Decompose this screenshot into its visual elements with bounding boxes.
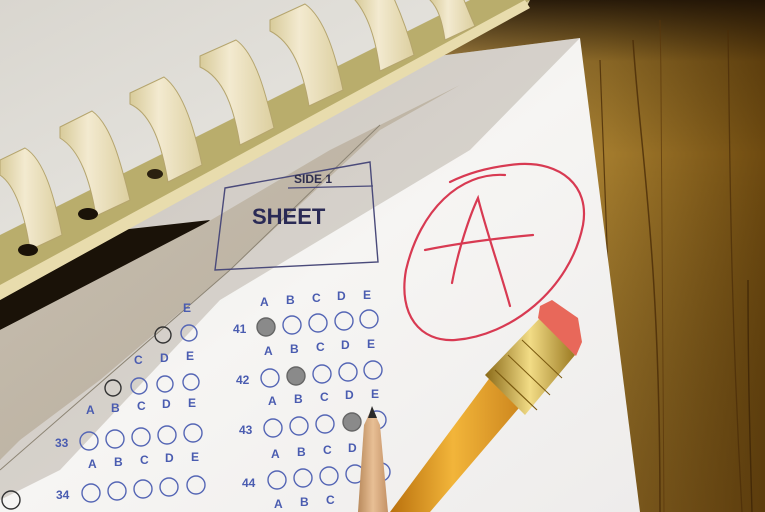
svg-text:B: B	[111, 401, 120, 415]
svg-text:D: D	[345, 388, 354, 402]
question-number: 43	[239, 423, 253, 437]
svg-text:C: C	[137, 399, 146, 413]
svg-text:B: B	[300, 495, 309, 509]
svg-text:C: C	[326, 493, 335, 507]
svg-text:B: B	[286, 293, 295, 307]
svg-text:C: C	[312, 291, 321, 305]
svg-text:A: A	[271, 447, 280, 461]
photo-scene: SIDE 1 SHEET A B C D E 41 A B C D E 42	[0, 0, 765, 512]
svg-text:A: A	[264, 344, 273, 358]
svg-text:C: C	[140, 453, 149, 467]
svg-text:D: D	[348, 441, 357, 455]
svg-text:B: B	[297, 445, 306, 459]
svg-text:D: D	[337, 289, 346, 303]
svg-text:E: E	[367, 337, 375, 351]
svg-text:E: E	[186, 349, 194, 363]
svg-text:D: D	[341, 338, 350, 352]
svg-text:A: A	[268, 394, 277, 408]
question-number: 42	[236, 373, 250, 387]
svg-text:E: E	[191, 450, 199, 464]
svg-text:C: C	[320, 390, 329, 404]
svg-text:E: E	[363, 288, 371, 302]
svg-text:E: E	[188, 396, 196, 410]
side-label: SIDE 1	[294, 172, 332, 186]
question-number: 41	[233, 322, 247, 336]
svg-text:A: A	[88, 457, 97, 471]
question-number: 34	[56, 488, 70, 502]
svg-text:D: D	[160, 351, 169, 365]
svg-text:C: C	[134, 353, 143, 367]
svg-text:B: B	[290, 342, 299, 356]
svg-text:A: A	[260, 295, 269, 309]
svg-text:C: C	[323, 443, 332, 457]
svg-text:C: C	[316, 340, 325, 354]
svg-text:A: A	[274, 497, 283, 511]
svg-text:D: D	[165, 451, 174, 465]
question-number: 33	[55, 436, 69, 450]
svg-text:E: E	[371, 387, 379, 401]
question-number: 44	[242, 476, 256, 490]
svg-text:D: D	[162, 397, 171, 411]
sheet-title: SHEET	[252, 204, 326, 229]
svg-text:B: B	[114, 455, 123, 469]
svg-text:E: E	[183, 301, 191, 315]
svg-text:A: A	[86, 403, 95, 417]
svg-text:B: B	[294, 392, 303, 406]
